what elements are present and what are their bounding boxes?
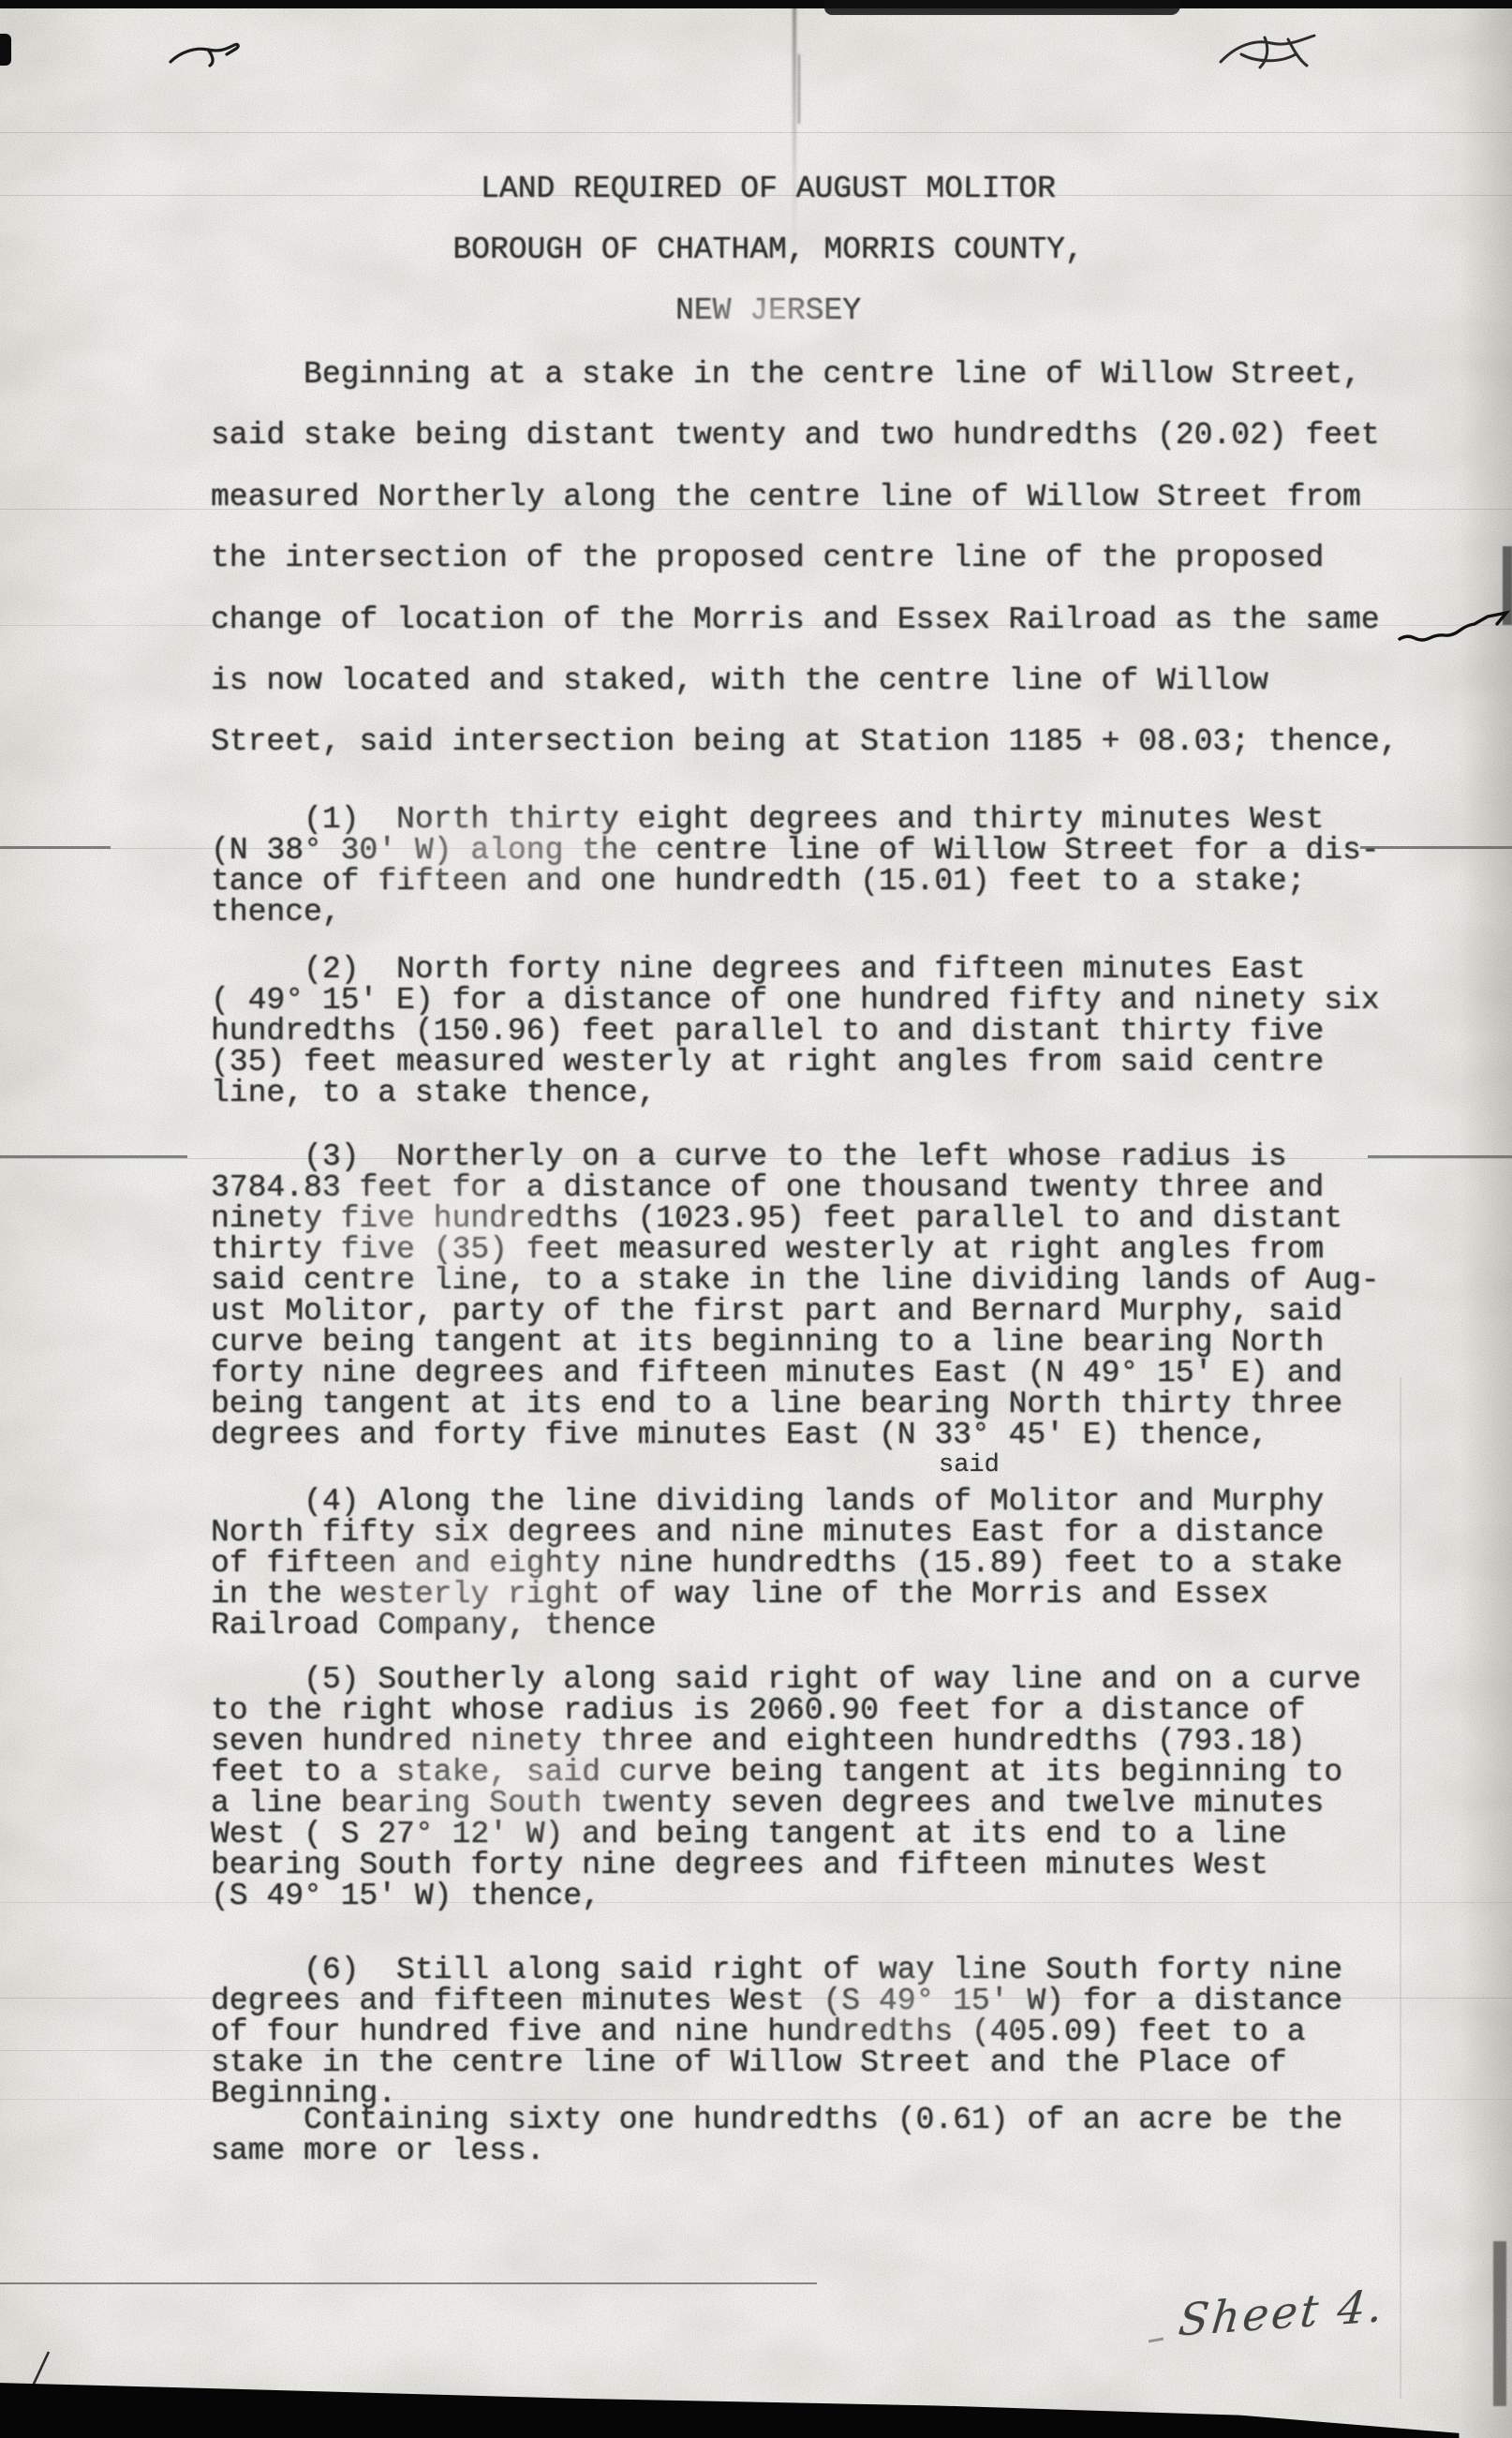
scanned-document-page: LAND REQUIRED OF AUGUST MOLITOR BOROUGH … — [0, 0, 1512, 2438]
closing-paragraph: Containing sixty one hundredths (0.61) o… — [211, 2104, 1342, 2166]
opening-paragraph: Beginning at a stake in the centre line … — [211, 344, 1398, 773]
title-line-3: NEW JERSEY — [211, 292, 1326, 330]
scan-edge-right — [1493, 2241, 1506, 2406]
scan-edge-bottom — [0, 2378, 1512, 2438]
scan-edge-top — [0, 0, 1512, 8]
clause-1: (1) North thirty eight degrees and thirt… — [211, 804, 1380, 928]
fold-crease — [798, 54, 800, 124]
title-line-1: LAND REQUIRED OF AUGUST MOLITOR — [211, 171, 1326, 208]
sheet-number-annotation: Sheet 4. — [1176, 2281, 1387, 2347]
pen-mark-right-margin — [1398, 607, 1512, 647]
clause-6: (6) Still along said right of way line S… — [211, 1955, 1342, 2109]
clause-2: (2) North forty nine degrees and fifteen… — [211, 954, 1380, 1108]
pencil-line-artifact — [0, 2282, 817, 2284]
title-line-2: BOROUGH OF CHATHAM, MORRIS COUNTY, — [211, 231, 1326, 269]
pen-mark-top-left — [167, 34, 260, 76]
scan-line-artifact — [0, 132, 1512, 133]
clause-4: (4) Along the line dividing lands of Mol… — [211, 1486, 1342, 1641]
clause-3: (3) Northerly on a curve to the left who… — [211, 1141, 1380, 1450]
scan-shadow-right — [1460, 0, 1512, 2438]
fold-crease — [793, 0, 796, 251]
scan-edge-top-blotch — [824, 0, 1180, 15]
scan-streak-artifact — [1400, 1377, 1401, 2399]
inserted-word-said: said — [939, 1453, 1000, 1479]
pen-mark-top-right — [1213, 26, 1335, 82]
scan-edge-left-speck — [0, 34, 11, 66]
clause-5: (5) Southerly along said right of way li… — [211, 1664, 1361, 1911]
pen-dash-artifact — [1149, 2338, 1164, 2343]
